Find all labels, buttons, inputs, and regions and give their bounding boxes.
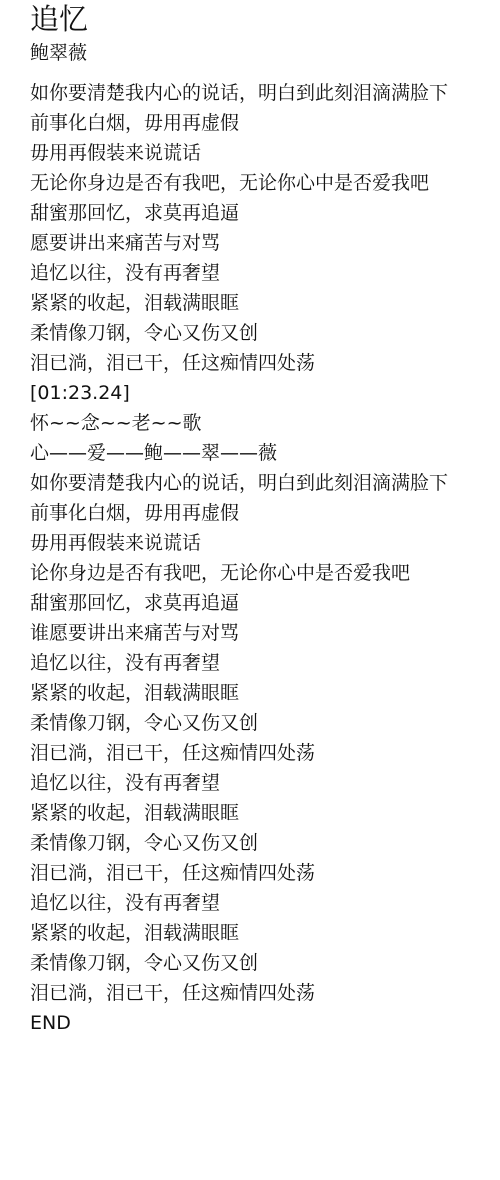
lyric-line: 泪已淌，泪已干，任这痴情四处荡 (30, 858, 448, 888)
lyric-end-marker: END (30, 1008, 448, 1038)
lyric-line: 如你要清楚我内心的说话，明白到此刻泪滴满脸下 (30, 468, 448, 498)
lyric-line: 追忆以往，没有再奢望 (30, 648, 448, 678)
lyric-line: 追忆以往，没有再奢望 (30, 258, 448, 288)
lyric-line: 心——爱——鲍——翠——薇 (30, 438, 448, 468)
lyric-line: 柔情像刀钢，令心又伤又创 (30, 708, 448, 738)
lyric-line: 毋用再假装来说谎话 (30, 528, 448, 558)
lyric-line: 泪已淌，泪已干，任这痴情四处荡 (30, 348, 448, 378)
song-artist: 鲍翠薇 (30, 40, 87, 66)
lyric-line: 前事化白烟，毋用再虚假 (30, 498, 448, 528)
lyric-line: 怀~~念~~老~~歌 (30, 408, 448, 438)
lyric-line: 泪已淌，泪已干，任这痴情四处荡 (30, 978, 448, 1008)
lyric-line: 紧紧的收起，泪载满眼眶 (30, 288, 448, 318)
lyric-line: 紧紧的收起，泪载满眼眶 (30, 918, 448, 948)
lyric-line: 前事化白烟，毋用再虚假 (30, 108, 448, 138)
lyric-line: 柔情像刀钢，令心又伤又创 (30, 318, 448, 348)
lyric-line: 甜蜜那回忆，求莫再追逼 (30, 198, 448, 228)
lyric-line: 泪已淌，泪已干，任这痴情四处荡 (30, 738, 448, 768)
lyrics-list: 如你要清楚我内心的说话，明白到此刻泪滴满脸下 前事化白烟，毋用再虚假 毋用再假装… (30, 78, 448, 1038)
lyric-line: 论你身边是否有我吧，无论你心中是否爱我吧 (30, 558, 448, 588)
lyric-line: 如你要清楚我内心的说话，明白到此刻泪滴满脸下 (30, 78, 448, 108)
lyric-line: 愿要讲出来痛苦与对骂 (30, 228, 448, 258)
lyric-line: 柔情像刀钢，令心又伤又创 (30, 948, 448, 978)
lyric-line: 追忆以往，没有再奢望 (30, 768, 448, 798)
lyric-line: 谁愿要讲出来痛苦与对骂 (30, 618, 448, 648)
lyric-line: 紧紧的收起，泪载满眼眶 (30, 798, 448, 828)
lyric-timestamp: [01:23.24] (30, 378, 448, 408)
lyric-line: 甜蜜那回忆，求莫再追逼 (30, 588, 448, 618)
lyric-line: 紧紧的收起，泪载满眼眶 (30, 678, 448, 708)
lyric-line: 追忆以往，没有再奢望 (30, 888, 448, 918)
lyric-line: 柔情像刀钢，令心又伤又创 (30, 828, 448, 858)
lyric-line: 无论你身边是否有我吧，无论你心中是否爱我吧 (30, 168, 448, 198)
song-title: 追忆 (30, 0, 88, 38)
lyric-line: 毋用再假装来说谎话 (30, 138, 448, 168)
